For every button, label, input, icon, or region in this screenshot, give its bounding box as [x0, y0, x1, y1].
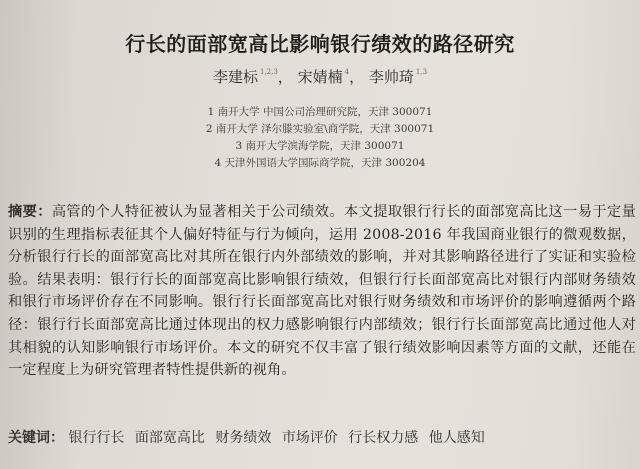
affiliation-1: 1 南开大学 中国公司治理研究院，天津 300071 [0, 104, 640, 121]
keywords: 关键词： 银行行长 面部宽高比 财务绩效 市场评价 行长权力感 他人感知 [8, 427, 491, 447]
keyword: 他人感知 [429, 430, 485, 446]
author-3: 李帅琦1,3 [369, 68, 427, 86]
keyword: 行长权力感 [348, 430, 418, 446]
keyword: 财务绩效 [215, 430, 271, 446]
affiliation-4: 4 天津外国语大学国际商学院，天津 300204 [0, 155, 640, 172]
keywords-label: 关键词： [8, 430, 64, 446]
abstract: 摘要：高管的个人特征被认为显著相关于公司绩效。本文提取银行行长的面部宽高比这一易… [8, 201, 636, 382]
abstract-text: 高管的个人特征被认为显著相关于公司绩效。本文提取银行行长的面部宽高比这一易于定量… [8, 204, 636, 378]
keyword: 银行行长 [68, 430, 124, 446]
author-separator: ， [349, 68, 364, 86]
affiliation-2: 2 南开大学 泽尔滕实验室\商学院，天津 300071 [0, 121, 640, 138]
keyword: 市场评价 [282, 430, 338, 446]
author-name: 宋婧楠 [298, 68, 343, 86]
affiliation-3: 3 南开大学滨海学院，天津 300071 [0, 138, 640, 155]
author-2: 宋婧楠4， [298, 68, 365, 86]
abstract-label: 摘要： [8, 204, 52, 220]
affiliation-list: 1 南开大学 中国公司治理研究院，天津 300071 2 南开大学 泽尔滕实验室… [0, 104, 640, 172]
author-name: 李帅琦 [369, 68, 414, 86]
author-list: 李建标1,2,3， 宋婧楠4， 李帅琦1,3 [0, 66, 640, 87]
paper-title: 行长的面部宽高比影响银行绩效的路径研究 [0, 28, 640, 57]
author-1: 李建标1,2,3， [213, 68, 293, 86]
author-affiliation-marks: 1,3 [416, 68, 427, 76]
author-affiliation-marks: 1,2,3 [260, 68, 278, 76]
paper-page: 行长的面部宽高比影响银行绩效的路径研究 李建标1,2,3， 宋婧楠4， 李帅琦1… [0, 0, 640, 469]
author-name: 李建标 [213, 68, 258, 86]
author-separator: ， [278, 68, 293, 86]
keyword: 面部宽高比 [135, 430, 205, 446]
